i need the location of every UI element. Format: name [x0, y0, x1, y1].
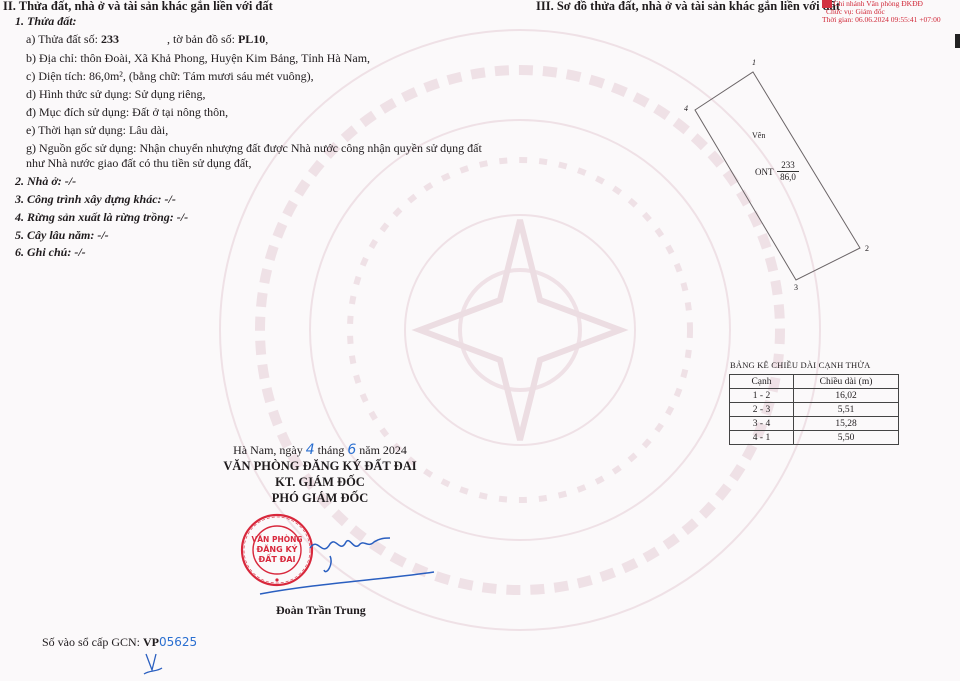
signer-position: PHÓ GIÁM ĐỐC [200, 490, 440, 506]
edge-cell: 3 - 4 [730, 417, 794, 431]
gcn-handwritten-number: 05625 [159, 635, 197, 649]
table-header-row: Cạnh Chiều dài (m) [730, 375, 899, 389]
year-text: năm 2024 [356, 443, 407, 457]
area-label: Vên [752, 131, 765, 140]
edge-length-table: Cạnh Chiều dài (m) 1 - 216,02 2 - 35,51 … [729, 374, 899, 445]
length-cell: 16,02 [794, 389, 899, 403]
parcel-map [0, 0, 960, 681]
table-row: 2 - 35,51 [730, 403, 899, 417]
gcn-label: Số vào sổ cấp GCN: [42, 635, 143, 649]
gcn-register-number: Số vào sổ cấp GCN: VP05625 [42, 635, 197, 650]
office-name: VĂN PHÒNG ĐĂNG KÝ ĐẤT ĐAI [200, 458, 440, 474]
vertex-label-2: 2 [865, 244, 869, 253]
header-edge: Cạnh [730, 375, 794, 389]
gcn-prefix: VP [143, 635, 159, 649]
vertex-label-4: 4 [684, 104, 688, 113]
parcel-fraction: 233 86,0 [777, 160, 799, 183]
on-behalf: KT. GIÁM ĐỐC [200, 474, 440, 490]
signer-name: Đoàn Trần Trung [276, 603, 366, 618]
handwritten-day: 4 [306, 442, 315, 458]
edge-cell: 1 - 2 [730, 389, 794, 403]
land-code: ONT [755, 167, 774, 177]
signature-block: Hà Nam, ngày 4 tháng 6 năm 2024 VĂN PHÒN… [200, 442, 440, 506]
edge-cell: 4 - 1 [730, 431, 794, 445]
vertex-label-1: 1 [752, 58, 756, 67]
signing-date: Hà Nam, ngày 4 tháng 6 năm 2024 [200, 442, 440, 458]
stamp-line-2: ĐĂNG KÝ [257, 543, 298, 554]
table-row: 4 - 15,50 [730, 431, 899, 445]
map-parcel-number: 233 [777, 160, 799, 172]
handwritten-month: 6 [347, 442, 356, 458]
map-area: 86,0 [777, 172, 799, 183]
edge-table-title: BẢNG KÊ CHIỀU DÀI CẠNH THỬA [730, 360, 871, 370]
length-cell: 5,51 [794, 403, 899, 417]
table-row: 1 - 216,02 [730, 389, 899, 403]
date-prefix: Hà Nam, ngày [233, 443, 306, 457]
edge-cell: 2 - 3 [730, 403, 794, 417]
table-row: 3 - 415,28 [730, 417, 899, 431]
length-cell: 15,28 [794, 417, 899, 431]
header-length: Chiều dài (m) [794, 375, 899, 389]
official-stamp: VĂN PHÒNG ĐĂNG KÝ ĐẤT ĐAI [240, 508, 450, 608]
stamp-line-1: VĂN PHÒNG [251, 535, 302, 544]
length-cell: 5,50 [794, 431, 899, 445]
vertex-label-3: 3 [794, 283, 798, 292]
month-prefix: tháng [315, 443, 348, 457]
handwritten-initial [140, 650, 164, 678]
